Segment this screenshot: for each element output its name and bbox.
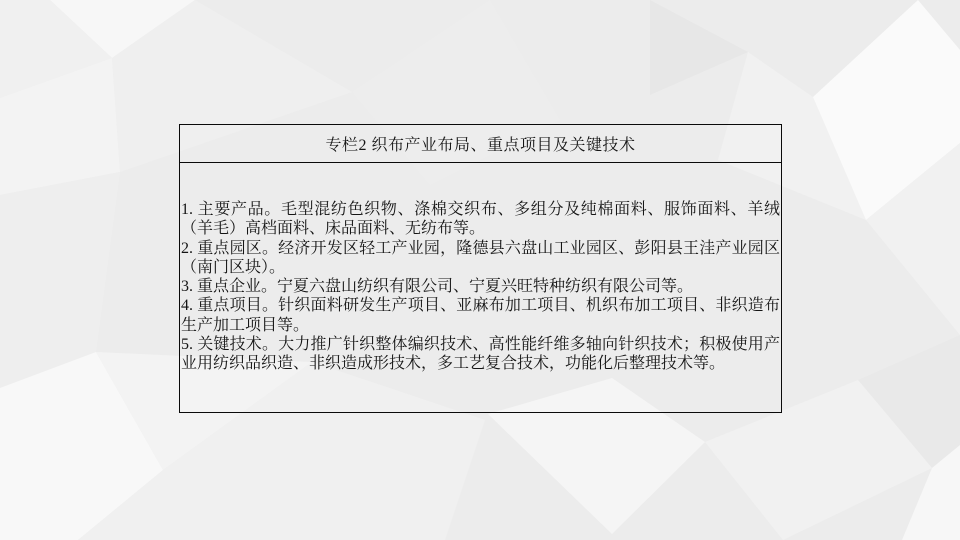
- list-item-key-parks: 2. 重点园区。经济开发区轻工产业园，隆德县六盘山工业园区、彭阳县王洼产业园区（…: [181, 239, 780, 278]
- list-item-key-technology: 5. 关键技术。大力推广针织整体编织技术、高性能纤维多轴向针织技术；积极使用产业…: [181, 335, 780, 374]
- callout-box: 专栏2 织布产业布局、重点项目及关键技术 1. 主要产品。毛型混纺色织物、涤棉交…: [179, 124, 782, 413]
- presentation-slide: 专栏2 织布产业布局、重点项目及关键技术 1. 主要产品。毛型混纺色织物、涤棉交…: [0, 0, 960, 540]
- list-item-key-companies: 3. 重点企业。宁夏六盘山纺织有限公司、宁夏兴旺特种纺织有限公司等。: [181, 277, 780, 296]
- callout-box-body: 1. 主要产品。毛型混纺色织物、涤棉交织布、多组分及纯棉面料、服饰面料、羊绒（羊…: [180, 163, 781, 374]
- list-item-key-projects: 4. 重点项目。针织面料研发生产项目、亚麻布加工项目、机织布加工项目、非织造布生…: [181, 296, 780, 335]
- callout-box-title: 专栏2 织布产业布局、重点项目及关键技术: [180, 125, 781, 163]
- list-item-main-products: 1. 主要产品。毛型混纺色织物、涤棉交织布、多组分及纯棉面料、服饰面料、羊绒（羊…: [181, 200, 780, 239]
